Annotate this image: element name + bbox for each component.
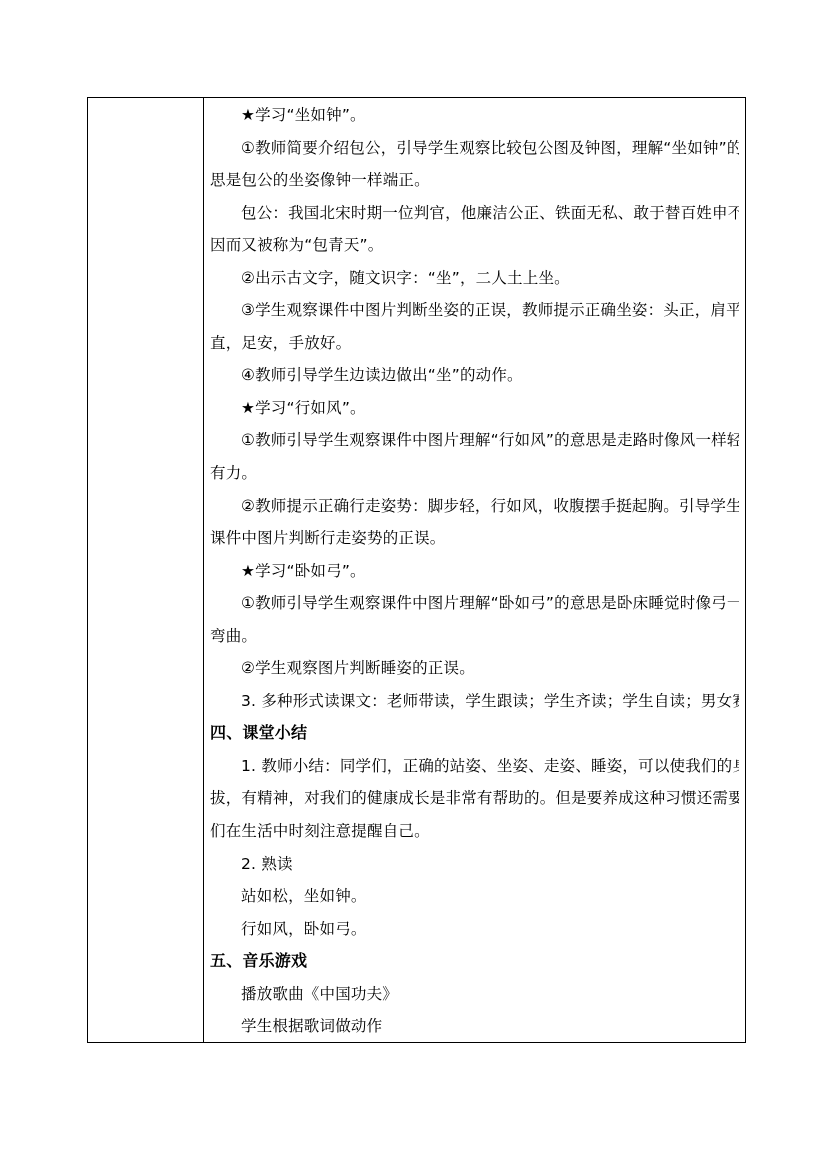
text-line: ①教师引导学生观察课件中图片理解“卧如弓”的意思是卧床睡觉时像弓一样 [210, 587, 739, 620]
text-line: 因而又被称为“包青天”。 [210, 229, 739, 262]
text-line: 直，足安，手放好。 [210, 327, 739, 360]
text-line: 们在生活中时刻注意提醒自己。 [210, 815, 739, 848]
text-line: 弯曲。 [210, 620, 739, 653]
text-line: 播放歌曲《中国功夫》 [210, 978, 739, 1011]
text-line: ③学生观察课件中图片判断坐姿的正误，教师提示正确坐姿：头正，肩平，腰 [210, 294, 739, 327]
text-line: 站如松，坐如钟。 [210, 880, 739, 913]
text-line: 有力。 [210, 457, 739, 490]
text-line: 行如风，卧如弓。 [210, 913, 739, 946]
text-line: 五、音乐游戏 [210, 945, 739, 978]
text-line: 包公：我国北宋时期一位判官，他廉洁公正、铁面无私、敢于替百姓申不平， [210, 197, 739, 230]
table-cell-right: ★学习“坐如钟”。①教师简要介绍包公，引导学生观察比较包公图及钟图，理解“坐如钟… [204, 98, 745, 1042]
text-line: ①教师引导学生观察课件中图片理解“行如风”的意思是走路时像风一样轻快 [210, 424, 739, 457]
text-line: 拔，有精神，对我们的健康成长是非常有帮助的。但是要养成这种习惯还需要同学 [210, 782, 739, 815]
text-line: ★学习“卧如弓”。 [210, 555, 739, 588]
text-line: 四、课堂小结 [210, 717, 739, 750]
text-line: 学生根据歌词做动作 [210, 1010, 739, 1042]
text-line: ②教师提示正确行走姿势：脚步轻，行如风，收腹摆手挺起胸。引导学生观察 [210, 490, 739, 523]
text-line: ★学习“坐如钟”。 [210, 99, 739, 132]
table-cell-left [88, 98, 204, 1042]
text-line: 3. 多种形式读课文：老师带读，学生跟读；学生齐读；学生自读；男女赛读。 [210, 685, 739, 718]
text-line: ④教师引导学生边读边做出“坐”的动作。 [210, 359, 739, 392]
text-line: ①教师简要介绍包公，引导学生观察比较包公图及钟图，理解“坐如钟”的意 [210, 132, 739, 165]
lesson-plan-table: ★学习“坐如钟”。①教师简要介绍包公，引导学生观察比较包公图及钟图，理解“坐如钟… [87, 97, 746, 1043]
text-line: 1. 教师小结：同学们，正确的站姿、坐姿、走姿、睡姿，可以使我们的身体挺 [210, 750, 739, 783]
text-line: ②学生观察图片判断睡姿的正误。 [210, 652, 739, 685]
text-line: 2. 熟读 [210, 848, 739, 881]
text-line: ②出示古文字，随文识字：“坐”，二人土上坐。 [210, 262, 739, 295]
text-line: 课件中图片判断行走姿势的正误。 [210, 522, 739, 555]
text-line: ★学习“行如风”。 [210, 392, 739, 425]
text-line: 思是包公的坐姿像钟一样端正。 [210, 164, 739, 197]
document-page: ★学习“坐如钟”。①教师简要介绍包公，引导学生观察比较包公图及钟图，理解“坐如钟… [0, 0, 827, 1170]
